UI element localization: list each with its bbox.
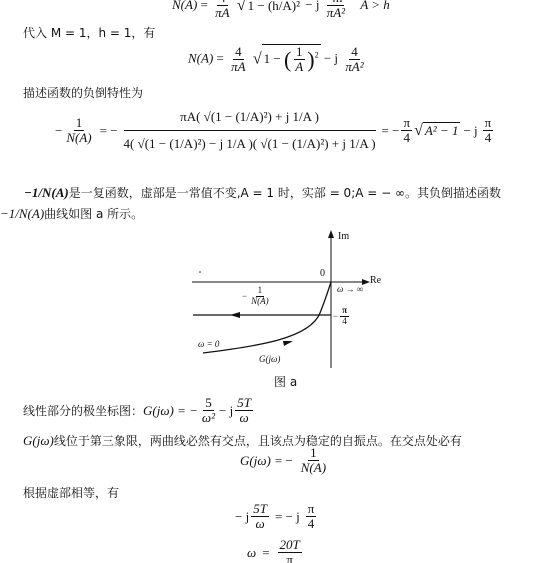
sqrt: 1 − (1A)2	[262, 44, 321, 75]
formula-omega: ω = 20Tπ	[247, 538, 304, 563]
pi-over-4-label: − π4	[333, 306, 351, 327]
minus-j: − j	[463, 123, 477, 139]
formula-n-of-a: N(A) = 4πA √1 − (1A)2 − j 4πA²	[188, 44, 368, 75]
axis-re-label: Re	[370, 275, 381, 286]
g-jw-label: G(jω)	[259, 354, 280, 364]
fraction: π4	[306, 502, 317, 532]
formula-lhs: N(A)	[188, 50, 213, 65]
paragraph-substitute: 代入 M = 1，h = 1，有	[23, 24, 155, 41]
paragraph-text: 曲线如图 a 所示。	[44, 207, 143, 221]
minus-j: − j	[219, 403, 233, 419]
formula-lhs: N(A)	[172, 0, 197, 12]
formula-eq: =	[262, 545, 269, 561]
math-inline: −1/N(A)	[24, 185, 69, 200]
minus-j: − j	[305, 0, 319, 12]
omega-inf-label: ω → ∞	[337, 284, 363, 294]
formula-lhs: ω	[247, 545, 256, 561]
formula-eq: = −	[275, 453, 293, 469]
fraction: 5Tω	[235, 396, 253, 426]
fraction: 4hπA²	[325, 0, 347, 21]
formula-eq: = − j	[275, 509, 300, 525]
fraction: 20Tπ	[278, 538, 302, 563]
origin-label: 0	[320, 268, 325, 279]
omega-zero-label: ω = 0	[198, 339, 219, 349]
formula-imag-equation: − j 5Tω = − j π4	[235, 502, 318, 532]
sqrt: 1 − (h/A)²	[246, 0, 302, 14]
paragraph-neg-inverse: 描述函数的负倒特性为	[23, 84, 143, 101]
formula-eq: =	[201, 0, 208, 12]
fraction: π4	[401, 116, 412, 146]
sqrt: A² − 1	[423, 122, 461, 139]
fraction: 5Tω	[251, 502, 269, 532]
paragraph-curve-ref: −1/N(A)曲线如图 a 所示。	[0, 205, 143, 222]
fraction: 5ω²	[200, 396, 217, 426]
fraction: 4πA²	[343, 45, 365, 75]
fraction: 1N(A)	[299, 446, 328, 476]
math-inline: −1/N(A)	[0, 206, 44, 221]
minus-j: − j	[324, 50, 338, 65]
formula-intersection: G(jω) = − 1N(A)	[240, 446, 330, 476]
formula-neg-inverse: − 1N(A) = − πA( √(1 − (1/A)²) + j 1/A ) …	[55, 104, 495, 158]
top-formula: N(A) = 4πA √1 − (h/A)² − j 4hπA² A > h	[172, 0, 390, 21]
neg-inv-label: − 1N(A)	[242, 286, 273, 307]
condition: A > h	[360, 0, 389, 12]
formula-lhs: G(jω)	[240, 453, 271, 469]
paragraph-imag-equal: 根据虚部相等，有	[23, 484, 119, 501]
paragraph-text: 线性部分的极坐标图：	[23, 402, 143, 419]
math-inline: G(jω) = −	[143, 403, 198, 419]
formula-eq: = −	[100, 123, 118, 139]
math-inline: G(jω)	[23, 433, 54, 448]
minus-sign: −	[55, 123, 62, 139]
paragraph-text: 是一复函数，虚部是一常值不变,A = 1 时，实部 = 0;A = − ∞。其负…	[69, 186, 501, 200]
minus-j: − j	[235, 509, 249, 525]
nyquist-plot	[190, 228, 390, 373]
formula-eq: =	[217, 50, 224, 65]
big-fraction: πA( √(1 − (1/A)²) + j 1/A ) 4( √(1 − (1/…	[124, 104, 376, 158]
paragraph-polar-plot: 线性部分的极坐标图： G(jω) = − 5ω² − j 5Tω	[23, 396, 255, 426]
fraction: 4πA	[229, 45, 247, 75]
figure-caption: 图 a	[274, 373, 297, 390]
paragraph-complex-function: −1/N(A)是一复函数，虚部是一常值不变,A = 1 时，实部 = 0;A =…	[24, 184, 501, 201]
fraction: 1N(A)	[64, 116, 93, 146]
axis-im-label: Im	[338, 231, 349, 242]
figure-a: Im Re 0 ω → ∞ − 1N(A) − π4 ω = 0 G(jω) 图…	[190, 228, 390, 390]
fraction: π4	[483, 116, 494, 146]
fraction: 4πA	[213, 0, 231, 21]
